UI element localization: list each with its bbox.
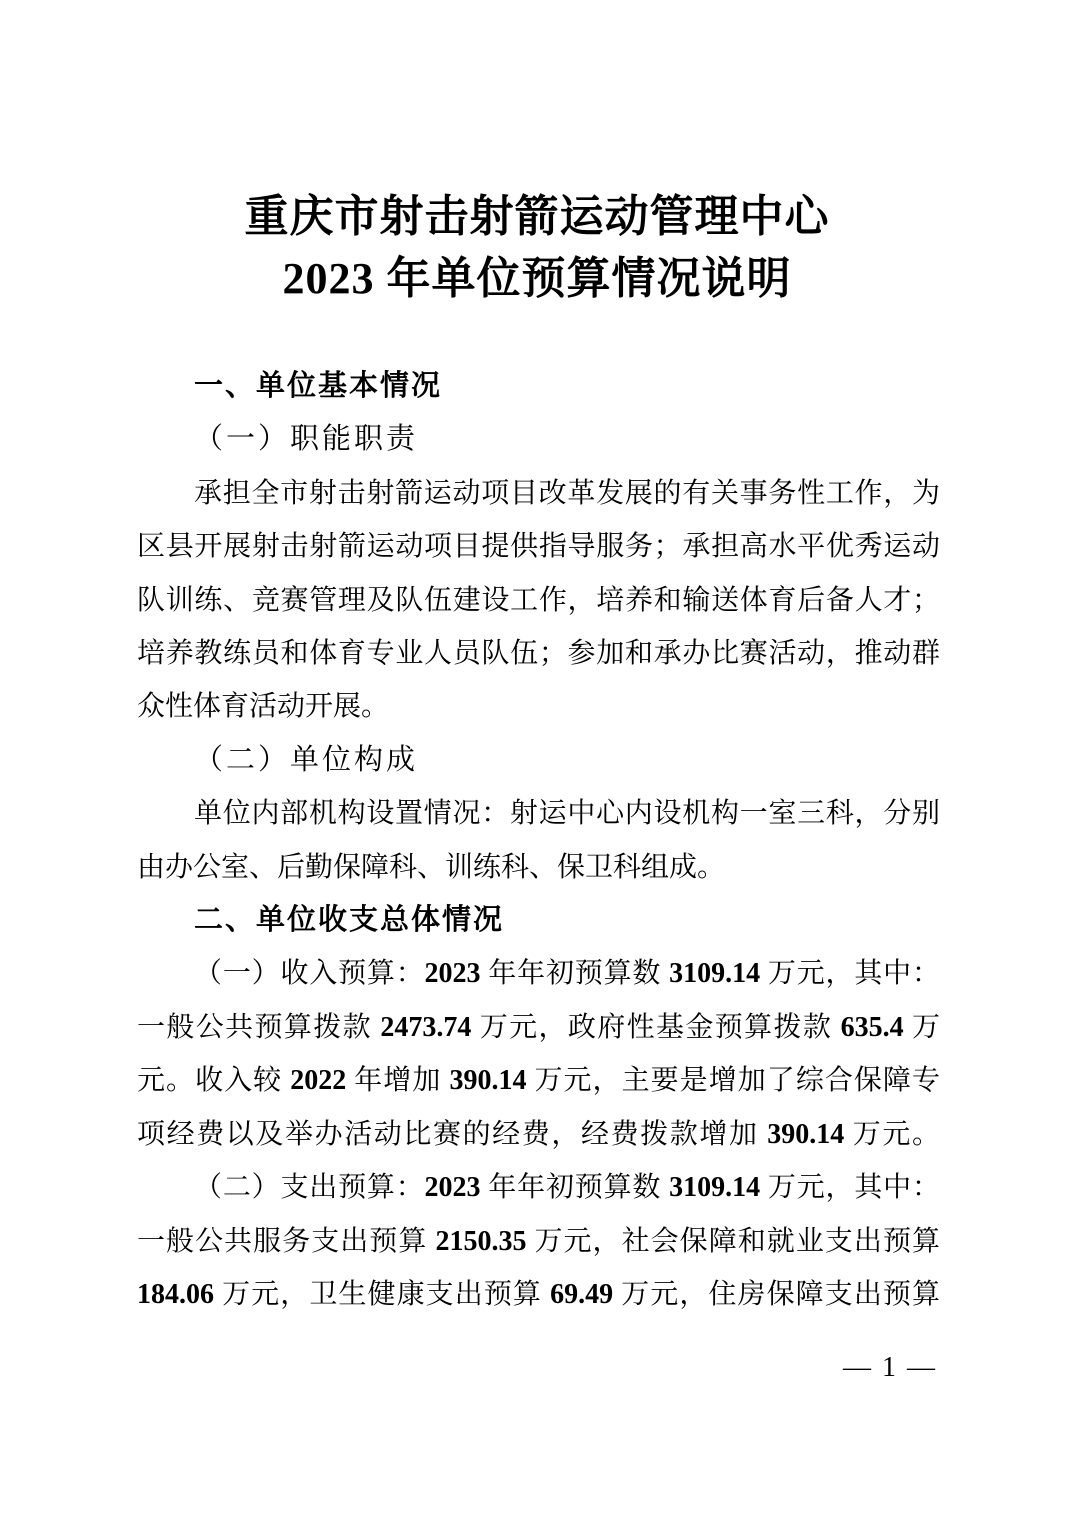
text-line: （一）收入预算：2023 年年初预算数 3109.14 万元，其中： bbox=[137, 947, 940, 1000]
text-line: 队训练、竞赛管理及队伍建设工作，培养和输送体育后备人才； bbox=[137, 574, 940, 627]
text-line: 一般公共预算拨款 2473.74 万元，政府性基金预算拨款 635.4 万 bbox=[137, 1001, 940, 1054]
page-footer: — 1 — bbox=[843, 1352, 937, 1384]
text-line: 一、单位基本情况 bbox=[137, 360, 940, 413]
numeral: 635.4 bbox=[841, 1012, 904, 1043]
numeral: 69.49 bbox=[550, 1279, 613, 1310]
text-line: （二）单位构成 bbox=[137, 734, 940, 787]
text-line: 承担全市射击射箭运动项目改革发展的有关事务性工作，为 bbox=[137, 467, 940, 520]
numeral: 3109.14 bbox=[669, 1172, 760, 1203]
text-line: 区县开展射击射箭运动项目提供指导服务；承担高水平优秀运动 bbox=[137, 520, 940, 573]
numeral: 2023 bbox=[425, 1172, 481, 1203]
document-title-line-1: 重庆市射击射箭运动管理中心 bbox=[0, 186, 1074, 248]
page-number: — 1 — bbox=[843, 1352, 937, 1383]
numeral: 390.14 bbox=[449, 1065, 526, 1096]
text-line: 众性体育活动开展。 bbox=[137, 680, 940, 733]
text-line: 项经费以及举办活动比赛的经费，经费拨款增加 390.14 万元。 bbox=[137, 1108, 940, 1161]
document-page: 重庆市射击射箭运动管理中心 2023 年单位预算情况说明 一、单位基本情况（一）… bbox=[0, 0, 1074, 1520]
text-line: 由办公室、后勤保障科、训练科、保卫科组成。 bbox=[137, 841, 940, 894]
text-line: 184.06 万元，卫生健康支出预算 69.49 万元，住房保障支出预算 bbox=[137, 1268, 940, 1321]
text-line: （一）职能职责 bbox=[137, 413, 940, 466]
text-line: 一般公共服务支出预算 2150.35 万元，社会保障和就业支出预算 bbox=[137, 1215, 940, 1268]
numeral: 2023 bbox=[425, 958, 481, 989]
text-line: 培养教练员和体育专业人员队伍；参加和承办比赛活动，推动群 bbox=[137, 627, 940, 680]
text-line: 元。收入较 2022 年增加 390.14 万元，主要是增加了综合保障专 bbox=[137, 1054, 940, 1107]
numeral: 3109.14 bbox=[669, 958, 760, 989]
numeral: 184.06 bbox=[137, 1279, 214, 1310]
text-line: 单位内部机构设置情况：射运中心内设机构一室三科，分别 bbox=[137, 787, 940, 840]
text-line: （二）支出预算：2023 年年初预算数 3109.14 万元，其中： bbox=[137, 1161, 940, 1214]
text-line: 二、单位收支总体情况 bbox=[137, 894, 940, 947]
numeral: 2023 bbox=[283, 254, 375, 303]
numeral: 2473.74 bbox=[380, 1012, 471, 1043]
numeral: 2150.35 bbox=[435, 1226, 526, 1257]
numeral: 2022 bbox=[290, 1065, 346, 1096]
document-title: 重庆市射击射箭运动管理中心 2023 年单位预算情况说明 bbox=[0, 186, 1074, 310]
numeral: 390.14 bbox=[767, 1119, 844, 1150]
document-body: 一、单位基本情况（一）职能职责承担全市射击射箭运动项目改革发展的有关事务性工作，… bbox=[137, 360, 940, 1321]
document-title-line-2: 2023 年单位预算情况说明 bbox=[0, 248, 1074, 310]
